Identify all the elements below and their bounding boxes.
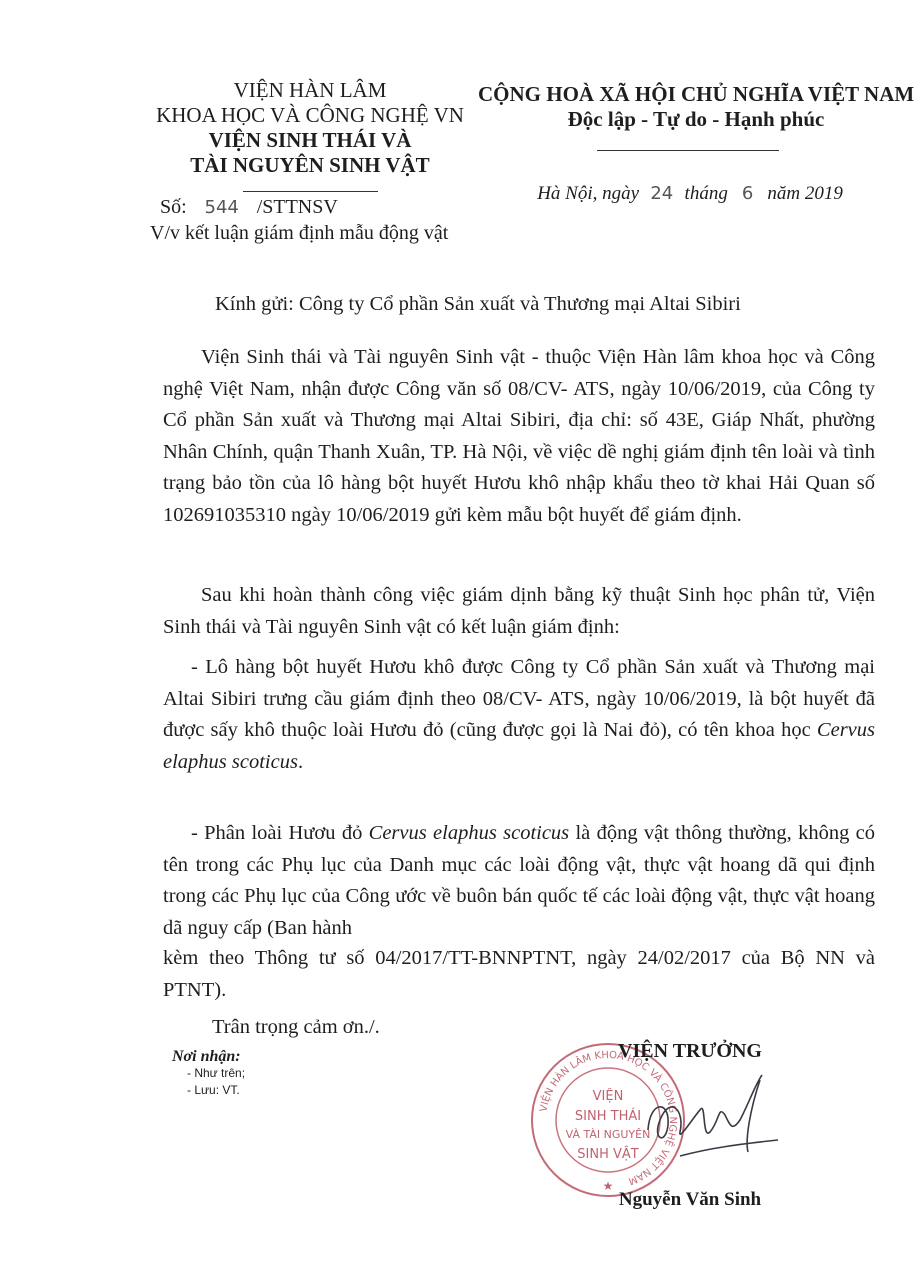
recipient-line: Kính gửi: Công ty Cổ phần Sản xuất và Th…	[215, 289, 741, 321]
handwritten-day: 24	[644, 183, 680, 204]
svg-text:SINH VẬT: SINH VẬT	[577, 1146, 639, 1162]
conclusion-item-2-continued: kèm theo Thông tư số 04/2017/TT-BNNPTNT,…	[163, 943, 875, 1006]
species-name: Cervus elaphus scoticus	[369, 822, 570, 844]
issuer-line-2: KHOA HỌC VÀ CÔNG NGHỆ VN	[140, 103, 480, 128]
signatory-name: Nguyễn Văn Sinh	[560, 1189, 820, 1211]
country-title: CỘNG HOÀ XÃ HỘI CHỦ NGHĨA VIỆT NAM	[478, 82, 914, 107]
issuer-line-3: VIỆN SINH THÁI VÀ	[140, 128, 480, 153]
paragraph-conclusion-intro: Sau khi hoàn thành công việc giám dịnh b…	[163, 580, 875, 643]
handwritten-month: 6	[733, 183, 763, 204]
issuer-header: VIỆN HÀN LÂM KHOA HỌC VÀ CÔNG NGHỆ VN VI…	[140, 78, 480, 178]
conclusion-item-2: - Phân loài Hươu đỏ Cervus elaphus scoti…	[163, 818, 875, 944]
signature-scribble-icon	[640, 1070, 780, 1160]
handwritten-number: 544	[192, 197, 252, 218]
national-motto: Độc lập - Tự do - Hạnh phúc	[478, 107, 914, 132]
recipient-item: - Như trên;	[172, 1065, 245, 1082]
document-number: Số: 544 /STTNSV	[160, 196, 338, 219]
svg-text:SINH THÁI: SINH THÁI	[575, 1108, 641, 1124]
issuer-divider	[243, 191, 378, 192]
document-date: Hà Nội, ngày 24 tháng 6 năm 2019	[480, 183, 900, 205]
signatory-title: VIỆN TRƯỞNG	[560, 1040, 820, 1063]
recipient-item: - Lưu: VT.	[172, 1082, 245, 1099]
document-subject: V/v kết luận giám định mẫu động vật	[150, 222, 448, 245]
issuer-line-4: TÀI NGUYÊN SINH VẬT	[140, 153, 480, 178]
paragraph-request: Viện Sinh thái và Tài nguyên Sinh vật - …	[163, 342, 875, 531]
closing-line: Trân trọng cảm ơn./.	[212, 1012, 380, 1044]
recipients-block: Nơi nhận: - Như trên; - Lưu: VT.	[172, 1048, 245, 1099]
motto-divider	[597, 150, 779, 151]
svg-text:VÀ TÀI NGUYÊN: VÀ TÀI NGUYÊN	[566, 1128, 651, 1141]
recipients-label: Nơi nhận:	[172, 1048, 245, 1065]
national-header: CỘNG HOÀ XÃ HỘI CHỦ NGHĨA VIỆT NAM Độc l…	[478, 82, 914, 132]
issuer-line-1: VIỆN HÀN LÂM	[140, 78, 480, 103]
svg-text:VIỆN: VIỆN	[593, 1088, 624, 1104]
conclusion-item-1: - Lô hàng bột huyết Hươu khô được Công t…	[163, 652, 875, 778]
